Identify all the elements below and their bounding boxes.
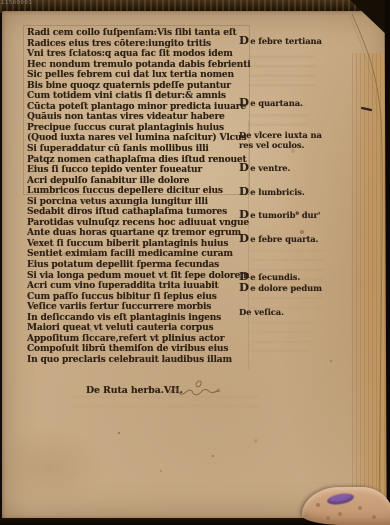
margin-note-febre-tertiana: De febre tertiana [239,36,322,47]
margin-note-lumbricis: De lumbricis. [239,187,305,198]
scanned-book-page-view: { "scan": { "corner_label": "11500001" }… [0,0,390,525]
margin-note-vesica: De veſica. [239,308,284,318]
poem-line: Radi cem collo ſuſpenſam:Vis ſibi tanta … [27,28,251,39]
margin-note-dolore-pedum: De dolore pedum [239,283,322,294]
chapter-footer: De Ruta herba.VII. [86,385,183,396]
poem-text-block: Radi cem collo ſuſpenſam:Vis ſibi tanta … [27,28,251,366]
scan-id-label: 11500001 [1,0,32,7]
margin-note-ventre: De ventre. [239,163,290,174]
finger-freckles [316,503,320,507]
margin-note-vlcere-line2: res vel oculos. [239,141,304,151]
margin-note-tumoribus: De tumorib⁹ dur' [239,210,320,221]
poem-line: Eius potatum depellit ſperma ſecundas [27,260,251,271]
page-fore-edge [352,53,385,525]
margin-note-quartana: De quartana. [239,98,303,109]
poem-line: In quo preclaris celebrauit laudibus ill… [27,355,251,366]
bleed-through-text [249,56,315,90]
poem-line: Si ſuperaddatur cū ſanis mollibus illi [27,144,251,155]
margin-note-febre-quarta: De febre quarta. [239,234,318,245]
bleed-through-text [70,396,260,412]
bleed-through-text [250,322,310,352]
